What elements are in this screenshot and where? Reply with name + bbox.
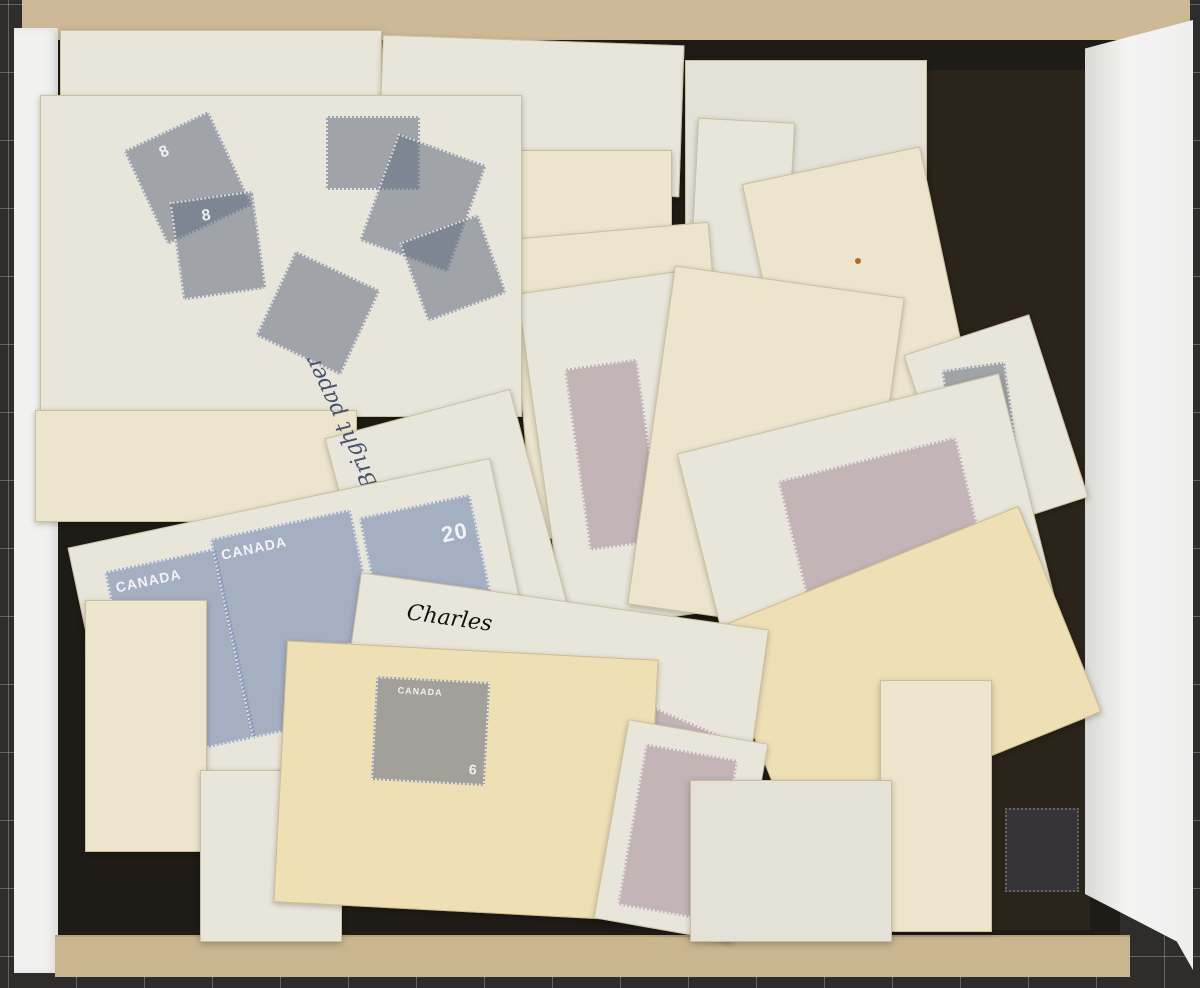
glassine-envelope (690, 780, 892, 942)
stamp: 8 (170, 191, 267, 301)
stamp-denomination: 6 (468, 761, 478, 777)
stamp: CANADA 6 (371, 676, 490, 786)
stamp-denomination: 8 (157, 142, 174, 163)
glassine-envelope: 8 8 (40, 95, 522, 417)
handwritten-signature: Charles (405, 600, 494, 637)
stamp-country: CANADA (114, 566, 183, 596)
stamp-denomination: 8 (201, 207, 213, 226)
glassine-envelope (880, 680, 992, 932)
glassine-envelope (85, 600, 207, 852)
loose-stamp (1005, 808, 1079, 892)
stamp-denomination: 20 (439, 517, 470, 548)
stain-spot (855, 258, 861, 264)
box-right-wall (1085, 20, 1193, 970)
stamp-country: CANADA (220, 533, 289, 563)
stamp-country: CANADA (397, 685, 442, 697)
